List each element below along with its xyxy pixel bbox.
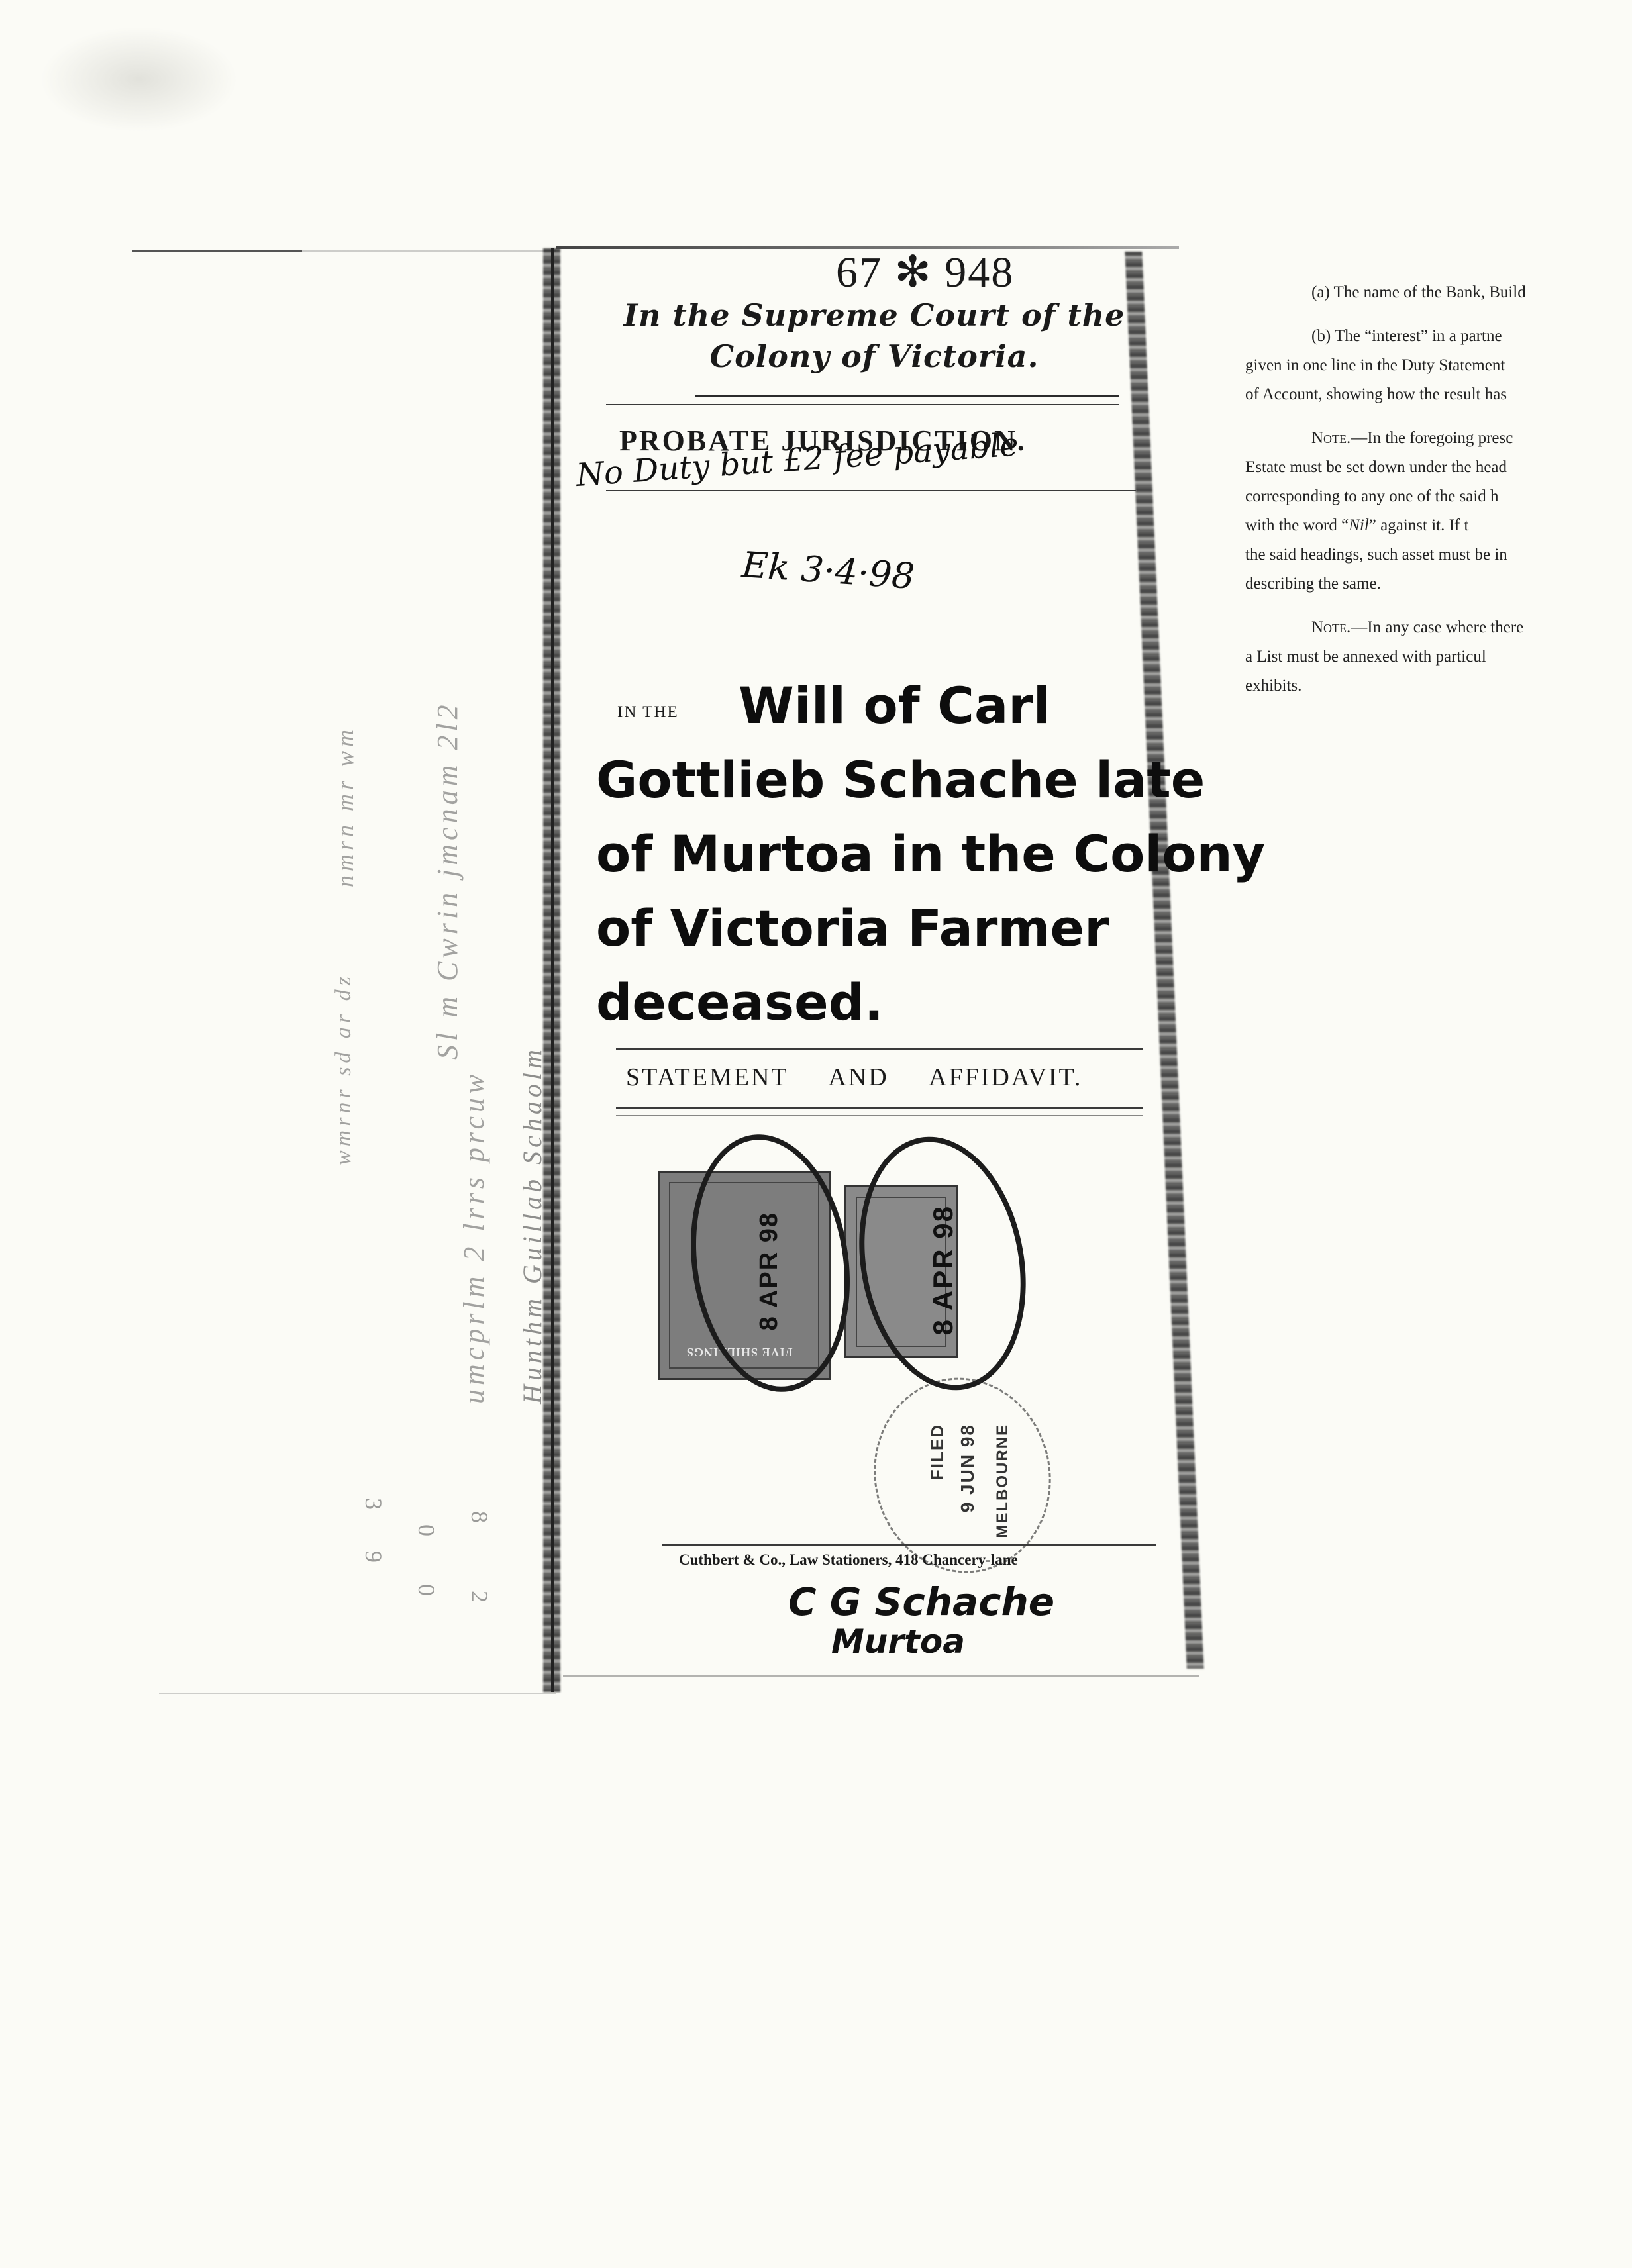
heading-rule — [606, 404, 1119, 405]
note-text: corresponding to any one of the said h — [1245, 482, 1632, 511]
note-text: a List must be annexed with particul — [1245, 642, 1632, 671]
note-label: Note. — [1311, 429, 1351, 447]
form-bottom-edge — [563, 1675, 1199, 1677]
ghost-number: 0 — [413, 1524, 440, 1536]
ghost-number: 0 — [413, 1584, 440, 1596]
note-text: the said headings, such asset must be in — [1245, 540, 1632, 569]
note-text: exhibits. — [1245, 671, 1632, 701]
left-panel-bottom-rule — [159, 1693, 556, 1694]
will-line: Will of Carl — [596, 669, 1166, 743]
will-line: Gottlieb Schache late — [596, 743, 1166, 817]
deponent-signature: C G Schache — [788, 1579, 1054, 1624]
note-text: —In the foregoing presc — [1351, 429, 1513, 447]
note-b-line: (b) The “interest” in a partne — [1245, 322, 1632, 351]
filed-stamp-place: MELBOURNE — [994, 1424, 1012, 1538]
bleed-through-handwriting: Sl m Cwrin jmcnam 2l2 — [431, 278, 464, 1060]
note-nil: Nil — [1349, 517, 1369, 534]
note-a: (a) The name of the Bank, Build — [1245, 278, 1632, 307]
note-text: ” against it. If t — [1369, 517, 1469, 534]
cancellation-date: 8 APR 98 — [927, 1205, 959, 1336]
note-text: with the word “ — [1245, 517, 1349, 534]
bleed-through-handwriting: wmrnr sd ar dz — [331, 821, 356, 1165]
heading-rule — [695, 395, 1119, 397]
handwritten-initials-date: Ek 3·4·98 — [740, 544, 916, 597]
note-label: Note. — [1311, 618, 1351, 636]
section-rule — [616, 1107, 1143, 1109]
section-rule — [616, 1048, 1143, 1050]
instructions-text: (a) The name of the Bank, Build (b) The … — [1245, 278, 1632, 701]
bleed-through-handwriting: umcprlm 2 lrrs prcuw — [457, 1046, 491, 1404]
note-text: —In any case where there — [1351, 618, 1523, 636]
will-line: of Victoria Farmer — [596, 891, 1166, 965]
court-heading-line1: In the Supreme Court of the — [616, 295, 1133, 336]
filed-stamp-text: FILED — [927, 1424, 948, 1480]
section-rule — [616, 1115, 1143, 1116]
ghost-number: 9 — [360, 1551, 387, 1563]
ghost-number: 3 — [360, 1498, 387, 1510]
printer-imprint: Cuthbert & Co., Law Stationers, 418 Chan… — [679, 1552, 1018, 1569]
signature-place: Murtoa — [831, 1622, 965, 1661]
will-line: of Murtoa in the Colony — [596, 817, 1166, 891]
fold-line-left-core — [551, 248, 554, 1692]
note-text: describing the same. — [1245, 569, 1632, 599]
registration-number: 67 ✻ 948 — [836, 246, 1014, 298]
will-description: Will of Carl Gottlieb Schache late of Mu… — [596, 669, 1166, 1040]
note-b-line: given in one line in the Duty Statement — [1245, 351, 1632, 380]
bleed-through-handwriting: nmrn mr wm — [331, 371, 359, 887]
court-heading-line2: Colony of Victoria. — [616, 336, 1133, 377]
paper-smudge — [40, 26, 238, 132]
left-panel-top-rule — [132, 250, 556, 252]
will-line: deceased. — [596, 965, 1166, 1040]
ghost-number: 2 — [466, 1591, 493, 1602]
printer-rule — [662, 1544, 1156, 1546]
ghost-number: 8 — [466, 1511, 493, 1523]
note-b-line: of Account, showing how the result has — [1245, 380, 1632, 409]
note-text: Estate must be set down under the head — [1245, 453, 1632, 482]
jurisdiction-rule — [606, 490, 1136, 491]
filed-stamp-date: 9 JUN 98 — [957, 1424, 978, 1512]
court-heading: In the Supreme Court of the Colony of Vi… — [616, 295, 1133, 377]
section-title: STATEMENT AND AFFIDAVIT. — [626, 1063, 1082, 1092]
cancellation-date: 8 APR 98 — [755, 1212, 784, 1330]
